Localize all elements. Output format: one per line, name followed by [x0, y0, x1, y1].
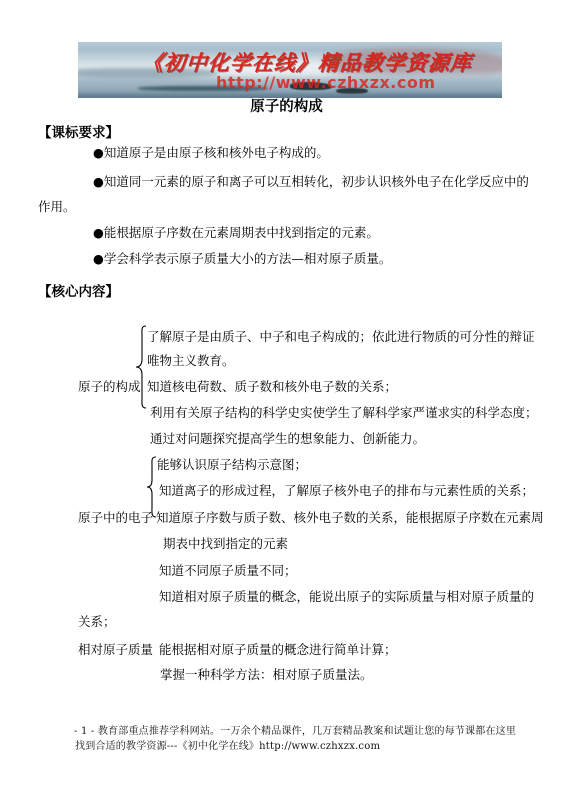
- curly-brace-graphic: [146, 456, 157, 518]
- core-group2-label: 原子中的电子: [78, 512, 153, 525]
- core-group3-line1: 知道不同原子质量不同；: [159, 565, 297, 578]
- core-group2-line2: 知道离子的形成过程，了解原子核外电子的排布与元素性质的关系；: [159, 485, 534, 498]
- standards-bullet-3: ●能根据原子序数在元素周期表中找到指定的元素。: [93, 227, 379, 240]
- core-group1-label: 原子的构成: [78, 381, 141, 394]
- section-heading-standards: 【课标要求】: [38, 121, 119, 141]
- core-group3-line2: 知道相对原子质量的概念，能说出原子的实际质量与相对原子质量的: [159, 591, 534, 604]
- core-group2-line1: 能够认识原子结构示意图；: [157, 459, 307, 472]
- core-group1-line1: 了解原子是由质子、中子和电子构成的；依此进行物质的可分性的辩证: [147, 331, 535, 344]
- core-group1-line3: 知道核电荷数、质子数和核外电子数的关系；: [147, 381, 397, 394]
- core-group3-label: 相对原子质量: [78, 644, 153, 657]
- document-page: 《初中化学在线》精品教学资源库 http://www.czhxzx.com 原子…: [0, 0, 573, 810]
- core-group1-line2: 唯物主义教育。: [147, 355, 235, 368]
- standards-bullet-2-wrap: 作用。: [38, 201, 76, 214]
- core-group1-line4: 利用有关原子结构的科学史实使学生了解科学家严谨求实的科学态度；: [150, 407, 538, 420]
- core-group2-line4: 期表中找到指定的元素: [163, 538, 288, 551]
- core-group3-line4: 掌握一种科学方法：相对原子质量法。: [160, 669, 373, 682]
- banner-url-text: http://www.czhxzx.com: [216, 73, 436, 92]
- footer-line-2: 找到合适的教学资源---《初中化学在线》http://www.czhxzx.co…: [75, 737, 380, 752]
- section-heading-core: 【核心内容】: [38, 280, 119, 300]
- footer-line-1: - 1 - 教育部重点推荐学科网站。一万余个精品课件，几万套精品教案和试题让您的…: [74, 722, 516, 737]
- standards-bullet-1: ●知道原子是由原子核和核外电子构成的。: [93, 147, 329, 160]
- standards-bullet-2: ●知道同一元素的原子和离子可以互相转化，初步认识核外电子在化学反应中的: [93, 176, 529, 189]
- core-group2-line3: 知道原子序数与质子数、核外电子数的关系，能根据原子序数在元素周: [156, 512, 544, 525]
- standards-bullet-4: ●学会科学表示原子质量大小的方法—相对原子质量。: [93, 253, 391, 266]
- banner-image: 《初中化学在线》精品教学资源库 http://www.czhxzx.com: [78, 42, 502, 98]
- curly-brace-graphic: [135, 325, 147, 409]
- page-title: 原子的构成: [0, 95, 573, 116]
- core-group3-line3: 能根据相对原子质量的概念进行简单计算；: [159, 644, 397, 657]
- core-group1-line5: 通过对问题探究提高学生的想象能力、创新能力。: [150, 433, 425, 446]
- core-group3-line2-wrap: 关系；: [78, 616, 116, 629]
